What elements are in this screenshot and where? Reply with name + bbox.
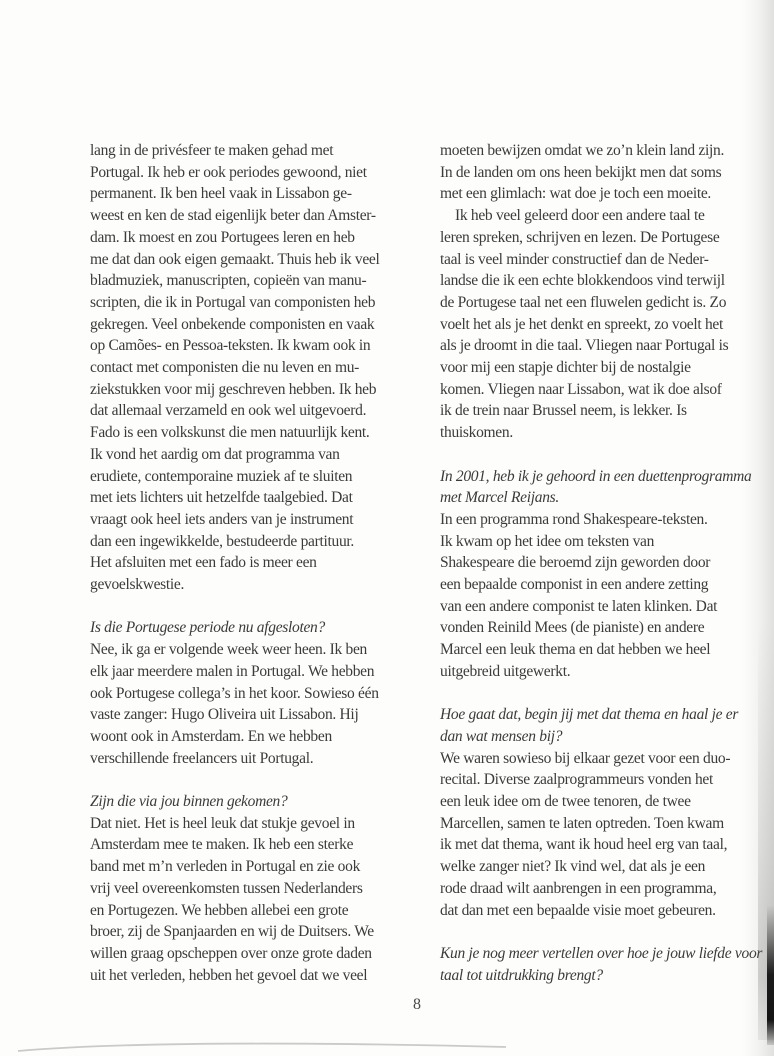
text-line: dat allemaal verzameld en ook wel uitgev…	[90, 400, 410, 422]
question-line: In 2001, heb ik je gehoord in een duette…	[440, 466, 766, 488]
interview-paragraph: moeten bewijzen omdat we zo’n klein land…	[440, 140, 766, 205]
text-line: welke zanger niet? Ik vind wel, dat als …	[440, 856, 766, 878]
text-line: ik de trein naar Brussel neem, is lekker…	[440, 400, 766, 422]
text-line: een bepaalde componist in een andere zet…	[440, 574, 766, 596]
text-line: van een andere componist te laten klinke…	[440, 596, 766, 618]
interview-question: Is die Portugese periode nu afgesloten?	[90, 617, 410, 639]
text-line: erudiete, contemporaine muziek af te slu…	[90, 466, 410, 488]
question-line: Hoe gaat dat, begin jij met dat thema en…	[440, 704, 766, 726]
text-line: komen. Vliegen naar Lissabon, wat ik doe…	[440, 379, 766, 401]
text-line: op Camões- en Pessoa-teksten. Ik kwam oo…	[90, 335, 410, 357]
interview-paragraph: Dat niet. Het is heel leuk dat stukje ge…	[90, 813, 410, 987]
page-number: 8	[367, 996, 467, 1014]
text-line: gekregen. Veel onbekende componisten en …	[90, 314, 410, 336]
interview-question: Hoe gaat dat, begin jij met dat thema en…	[440, 704, 766, 747]
interview-paragraph: Nee, ik ga er volgende week weer heen. I…	[90, 639, 410, 769]
text-line: dat dan met een bepaalde visie moet gebe…	[440, 900, 766, 922]
text-line: voelt het als je het denkt en spreekt, z…	[440, 314, 766, 336]
text-line: Het afsluiten met een fado is meer een	[90, 552, 410, 574]
interview-question: In 2001, heb ik je gehoord in een duette…	[440, 466, 766, 509]
scan-edge-dark-strip	[767, 905, 774, 1045]
question-line: taal tot uitdrukking brengt?	[440, 965, 766, 987]
text-line: Shakespeare die beroemd zijn geworden do…	[440, 552, 766, 574]
text-column-left: lang in de privésfeer te maken gehad met…	[90, 140, 410, 986]
text-line: We waren sowieso bij elkaar gezet voor e…	[440, 748, 766, 770]
text-line: bladmuziek, manuscripten, copieën van ma…	[90, 270, 410, 292]
text-line: weest en ken de stad eigenlijk beter dan…	[90, 205, 410, 227]
text-line: verschillende freelancers uit Portugal.	[90, 748, 410, 770]
interview-paragraph: In een programma rond Shakespeare-tekste…	[440, 509, 766, 683]
text-line: Fado is een volkskunst die men natuurlij…	[90, 422, 410, 444]
text-line: Dat niet. Het is heel leuk dat stukje ge…	[90, 813, 410, 835]
text-line: ziekstukken voor mij geschreven hebben. …	[90, 379, 410, 401]
text-line: uitgebreid uitgewerkt.	[440, 661, 766, 683]
text-line: ik met dat thema, want ik houd heel erg …	[440, 834, 766, 856]
text-line: recital. Diverse zaalprogrammeurs vonden…	[440, 769, 766, 791]
question-line: dan wat mensen bij?	[440, 726, 766, 748]
text-line: Marcellen, samen te laten optreden. Toen…	[440, 813, 766, 835]
question-line: met Marcel Reijans.	[440, 487, 766, 509]
text-line: dan een ingewikkelde, bestudeerde partit…	[90, 531, 410, 553]
text-line: elk jaar meerdere malen in Portugal. We …	[90, 661, 410, 683]
text-line: Marcel een leuk thema en dat hebben we h…	[440, 639, 766, 661]
text-line: en Portugezen. We hebben allebei een gro…	[90, 900, 410, 922]
text-line: thuiskomen.	[440, 422, 766, 444]
text-line: vaste zanger: Hugo Oliveira uit Lissabon…	[90, 704, 410, 726]
question-line: Zijn die via jou binnen gekomen?	[90, 791, 410, 813]
text-line: rode draad wilt aanbrengen in een progra…	[440, 878, 766, 900]
text-line: leren spreken, schrijven en lezen. De Po…	[440, 227, 766, 249]
text-line: contact met componisten die nu leven en …	[90, 357, 410, 379]
text-line: me dat dan ook eigen gemaakt. Thuis heb …	[90, 249, 410, 271]
text-column-right: moeten bewijzen omdat we zo’n klein land…	[440, 140, 766, 986]
text-line: landse die ik een echte blokkendoos vind…	[440, 270, 766, 292]
text-line: moeten bewijzen omdat we zo’n klein land…	[440, 140, 766, 162]
text-line: In een programma rond Shakespeare-tekste…	[440, 509, 766, 531]
text-line: dam. Ik moest en zou Portugees leren en …	[90, 227, 410, 249]
text-line: Ik kwam op het idee om teksten van	[440, 531, 766, 553]
text-line: band met m’n verleden in Portugal en zie…	[90, 856, 410, 878]
text-line: Nee, ik ga er volgende week weer heen. I…	[90, 639, 410, 661]
text-line: voor mij een stapje dichter bij de nosta…	[440, 357, 766, 379]
text-line: Ik vond het aardig om dat programma van	[90, 444, 410, 466]
interview-paragraph: Ik heb veel geleerd door een andere taal…	[440, 205, 766, 444]
text-line: willen graag opscheppen over onze grote …	[90, 943, 410, 965]
text-line: ook Portugese collega’s in het koor. Sow…	[90, 683, 410, 705]
text-line: als je droomt in die taal. Vliegen naar …	[440, 335, 766, 357]
text-line: Ik heb veel geleerd door een andere taal…	[440, 205, 766, 227]
interview-paragraph: lang in de privésfeer te maken gehad met…	[90, 140, 410, 596]
text-line: In de landen om ons heen bekijkt men dat…	[440, 162, 766, 184]
text-line: broer, zij de Spanjaarden en wij de Duit…	[90, 921, 410, 943]
text-line: gevoelskwestie.	[90, 574, 410, 596]
text-line: een leuk idee om de twee tenoren, de twe…	[440, 791, 766, 813]
scanned-book-page: lang in de privésfeer te maken gehad met…	[0, 0, 774, 1056]
text-line: Portugal. Ik heb er ook periodes gewoond…	[90, 162, 410, 184]
text-line: Amsterdam mee te maken. Ik heb een sterk…	[90, 834, 410, 856]
question-line: Is die Portugese periode nu afgesloten?	[90, 617, 410, 639]
text-line: taal is veel minder constructief dan de …	[440, 249, 766, 271]
text-line: woont ook in Amsterdam. En we hebben	[90, 726, 410, 748]
text-line: vraagt ook heel iets anders van je instr…	[90, 509, 410, 531]
scan-page-curl-line	[14, 1040, 514, 1054]
text-line: met een glimlach: wat doe je toch een mo…	[440, 183, 766, 205]
interview-question: Zijn die via jou binnen gekomen?	[90, 791, 410, 813]
text-line: vrij veel overeenkomsten tussen Nederlan…	[90, 878, 410, 900]
text-line: scripten, die ik in Portugal van componi…	[90, 292, 410, 314]
text-line: lang in de privésfeer te maken gehad met	[90, 140, 410, 162]
text-line: vonden Reinild Mees (de pianiste) en and…	[440, 617, 766, 639]
text-line: de Portugese taal net een fluwelen gedic…	[440, 292, 766, 314]
text-line: met iets lichters uit hetzelfde taalgebi…	[90, 487, 410, 509]
interview-paragraph: We waren sowieso bij elkaar gezet voor e…	[440, 748, 766, 922]
interview-question: Kun je nog meer vertellen over hoe je jo…	[440, 943, 766, 986]
text-line: uit het verleden, hebben het gevoel dat …	[90, 965, 410, 987]
question-line: Kun je nog meer vertellen over hoe je jo…	[440, 943, 766, 965]
text-line: permanent. Ik ben heel vaak in Lissabon …	[90, 183, 410, 205]
